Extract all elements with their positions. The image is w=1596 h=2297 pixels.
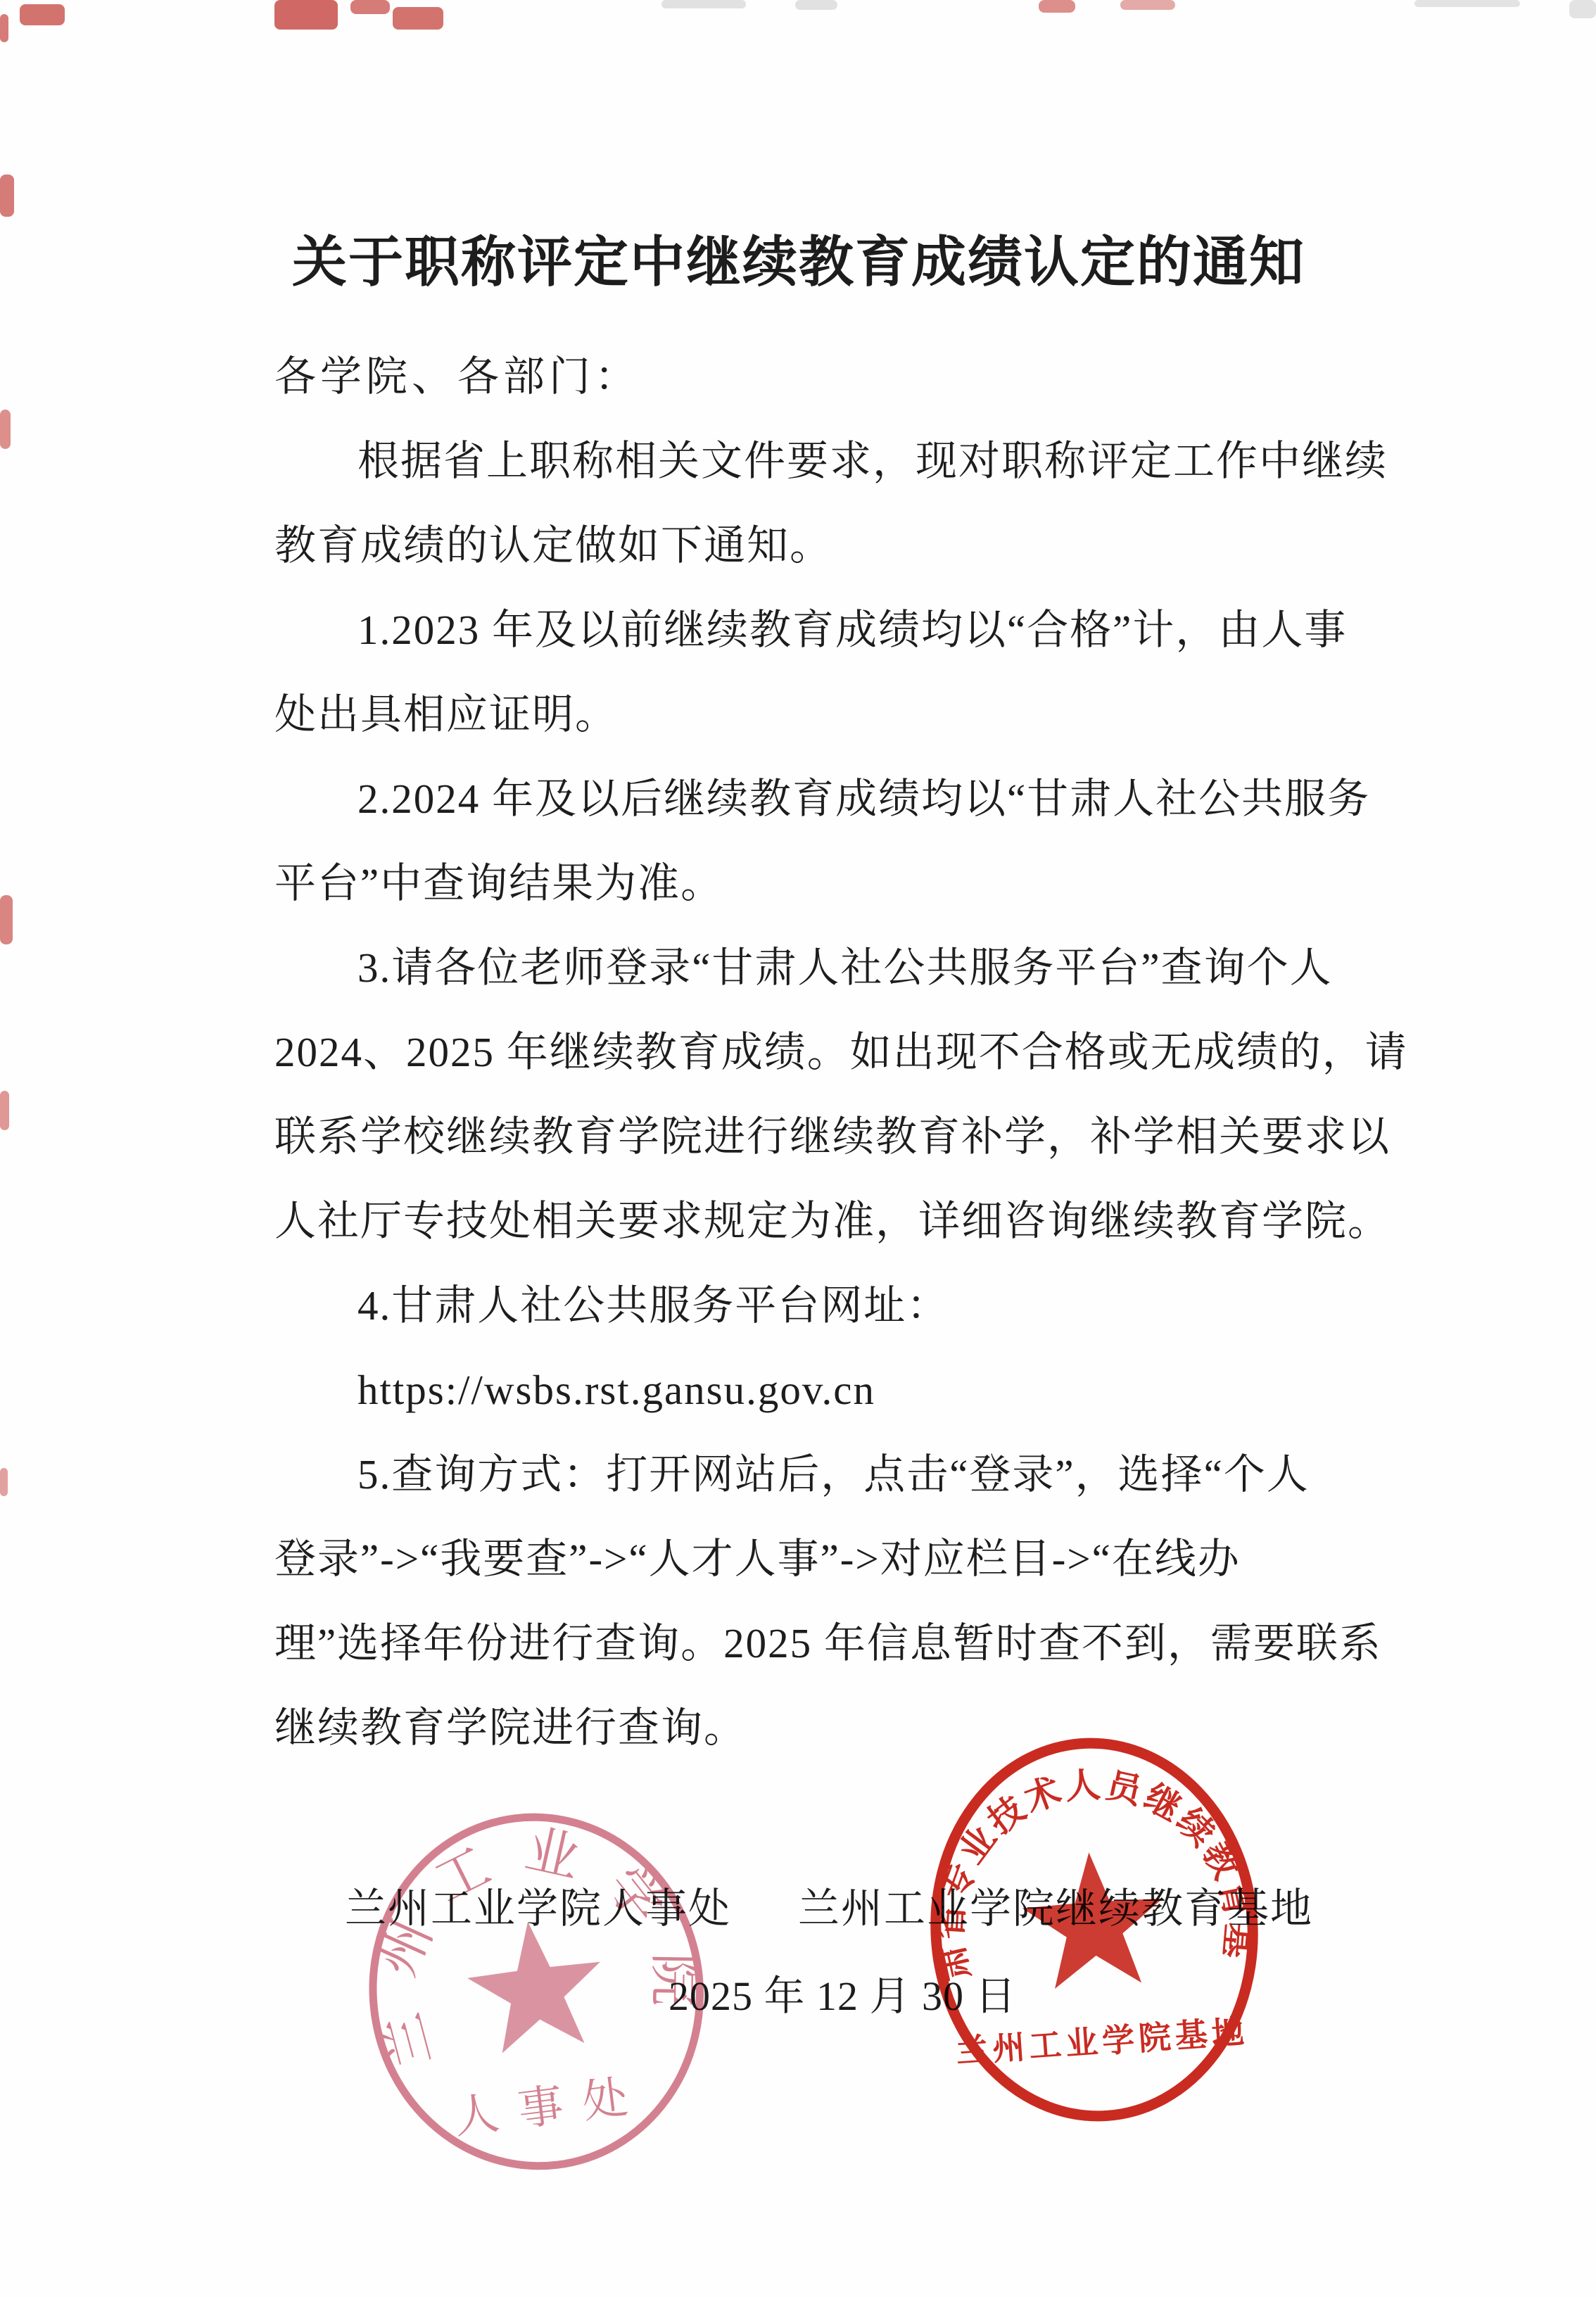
body-line: 人社厅专技处相关要求规定为准，详细咨询继续教育学院。 — [274, 1179, 1323, 1263]
scan-artifact-mark — [795, 0, 837, 10]
body-line: 处出具相应证明。 — [274, 672, 1323, 757]
stamp-ring — [353, 1799, 720, 2185]
scan-artifact-mark — [350, 0, 390, 14]
body-line: 2.2024 年及以后继续教育成绩均以“甘肃人社公共服务 — [274, 757, 1323, 841]
signature-right-org: 兰州工业学院继续教育基地 — [798, 1885, 1313, 1932]
body-line: https://wsbs.rst.gansu.gov.cn — [274, 1348, 1323, 1432]
scanned-notice-page: 关于职称评定中继续教育成绩认定的通知 各学院、各部门： 根据省上职称相关文件要求… — [0, 0, 1596, 2297]
body-line: 根据省上职称相关文件要求，现对职称评定工作中继续 — [274, 419, 1323, 503]
scan-artifact-mark — [0, 1091, 9, 1130]
body-line: 登录”->“我要查”->“人才人事”->对应栏目->“在线办 — [274, 1517, 1323, 1601]
stamp-caption: 人事处 — [451, 2070, 650, 2143]
scan-artifact-mark — [0, 175, 14, 217]
body-line: 4.甘肃人社公共服务平台网址： — [274, 1263, 1323, 1348]
body-line: 教育成绩的认定做如下通知。 — [274, 503, 1323, 588]
scan-artifact-mark — [1414, 0, 1520, 7]
date-line: 2025 年 12 月 30 日 — [669, 1954, 1017, 2039]
scan-artifact-mark — [20, 4, 65, 25]
page-title: 关于职称评定中继续教育成绩认定的通知 — [274, 222, 1323, 303]
scan-artifact-mark — [0, 410, 11, 449]
body-line: 联系学校继续教育学院进行继续教育补学，补学相关要求以 — [274, 1094, 1323, 1179]
scan-artifact-mark — [1569, 0, 1596, 18]
body-line: 3.请各位老师登录“甘肃人社公共服务平台”查询个人 — [274, 925, 1323, 1010]
document-body: 关于职称评定中继续教育成绩认定的通知 各学院、各部门： 根据省上职称相关文件要求… — [274, 222, 1323, 1770]
body-line: 5.查询方式：打开网站后，点击“登录”，选择“个人 — [274, 1432, 1323, 1517]
scan-artifact-mark — [1039, 0, 1075, 13]
signature-left-org: 兰州工业学院人事处 — [345, 1885, 731, 1932]
body-line: 平台”中查询结果为准。 — [274, 841, 1323, 925]
body-line: 理”选择年份进行查询。2025 年信息暂时查不到，需要联系 — [274, 1601, 1323, 1685]
scan-artifact-mark — [393, 7, 443, 30]
scan-artifact-mark — [1120, 0, 1175, 10]
body-line: 2024、2025 年继续教育成绩。如出现不合格或无成绩的，请 — [274, 1010, 1323, 1094]
scan-artifact-mark — [661, 0, 746, 8]
scan-artifact-mark — [0, 1468, 8, 1496]
salutation-line: 各学院、各部门： — [274, 334, 1323, 419]
scan-artifact-mark — [274, 0, 338, 30]
body-lines: 根据省上职称相关文件要求，现对职称评定工作中继续教育成绩的认定做如下通知。1.2… — [274, 419, 1323, 1770]
body-line: 1.2023 年及以前继续教育成绩均以“合格”计，由人事 — [274, 588, 1323, 672]
body-line: 继续教育学院进行查询。 — [274, 1685, 1323, 1770]
signature-row: 兰州工业学院人事处兰州工业学院继续教育基地 — [345, 1866, 1313, 1951]
scan-artifact-mark — [0, 14, 8, 42]
scan-artifact-mark — [0, 895, 13, 944]
